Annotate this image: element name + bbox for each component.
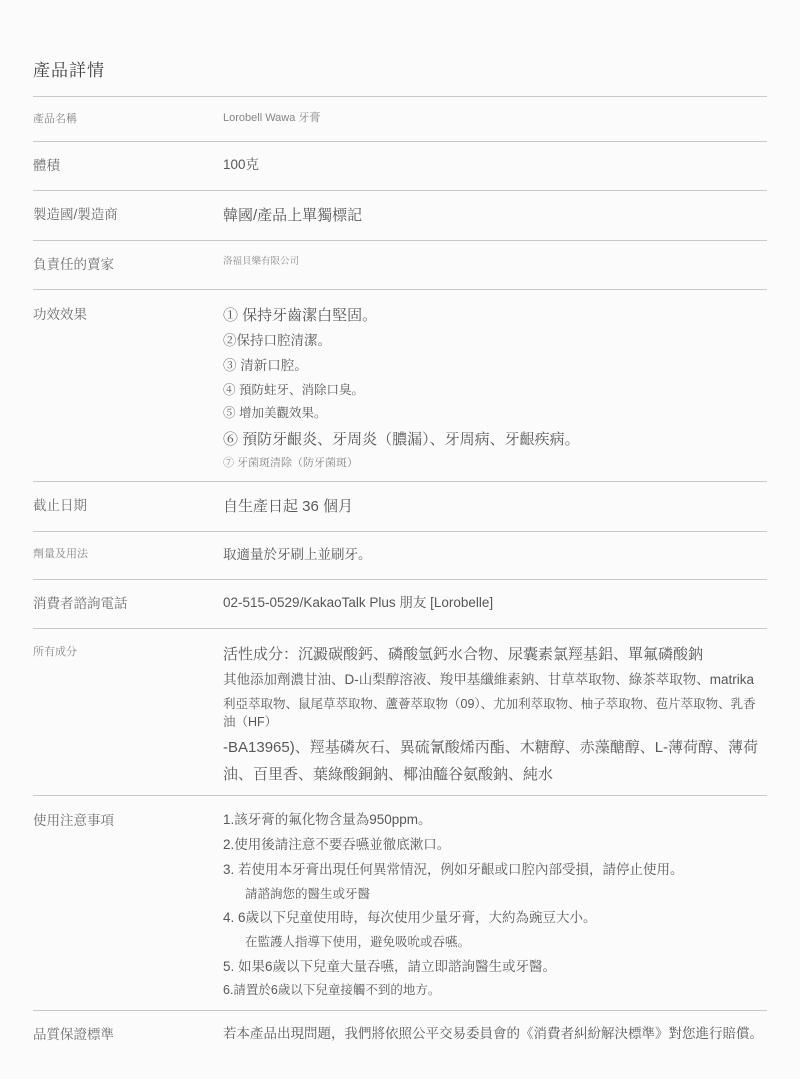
- product-details-table: 產品名稱Lorobell Wawa 牙膏體積100克製造國/製造商韓國/產品上單…: [33, 96, 767, 1059]
- detail-row: 製造國/製造商韓國/產品上單獨標記: [33, 191, 767, 241]
- product-details-page: 產品詳情 產品名稱Lorobell Wawa 牙膏體積100克製造國/製造商韓國…: [0, 0, 800, 1079]
- value-line: 6.請置於6歲以下兒童接觸不到的地方。: [223, 982, 767, 1000]
- row-label: 品質保證標準: [33, 1025, 223, 1045]
- row-value: ① 保持牙齒潔白堅固。②保持口腔清潔。③ 清新口腔。④ 預防蛀牙、消除口臭。⑤ …: [223, 305, 767, 471]
- value-line: 3. 若使用本牙膏出現任何異常情況，例如牙齦或口腔內部受損，請停止使用。: [223, 861, 767, 880]
- value-line: 油、百里香、葉綠酸銅鈉、椰油醯谷氨酸鈉、純水: [223, 764, 767, 785]
- value-line: -BA13965)、羥基磷灰石、異硫氰酸烯丙酯、木糖醇、赤藻醣醇、L-薄荷醇、薄…: [223, 737, 767, 758]
- value-text: 韓國/產品上單獨標記: [223, 205, 767, 226]
- value-text: 02-515-0529/KakaoTalk Plus 朋友 [Lorobelle…: [223, 594, 767, 613]
- row-value: 02-515-0529/KakaoTalk Plus 朋友 [Lorobelle…: [223, 594, 767, 613]
- row-label: 製造國/製造商: [33, 205, 223, 225]
- value-line: 5. 如果6歲以下兒童大量吞嚥，請立即諮詢醫生或牙醫。: [223, 958, 767, 977]
- row-value: 100克: [223, 156, 767, 175]
- value-line: 其他添加劑濃甘油、D-山梨醇溶液、羧甲基纖維素鈉、甘草萃取物、綠茶萃取物、mat…: [223, 671, 767, 690]
- detail-row: 體積100克: [33, 142, 767, 191]
- value-line: 在監護人指導下使用，避免吸吮或吞嚥。: [223, 934, 767, 952]
- value-line: 活性成分：沉澱碳酸鈣、磷酸氫鈣水合物、尿囊素氯羥基鋁、單氟磷酸鈉: [223, 644, 767, 665]
- detail-row: 消費者諮詢電話02-515-0529/KakaoTalk Plus 朋友 [Lo…: [33, 580, 767, 629]
- row-value: 韓國/產品上單獨標記: [223, 205, 767, 226]
- value-line: ⑥ 預防牙齦炎、牙周炎（膿漏）、牙周病、牙齦疾病。: [223, 429, 767, 450]
- value-text: 若本產品出現問題，我們將依照公平交易委員會的《消費者糾紛解決標準》對您進行賠償。: [223, 1025, 767, 1044]
- row-value: 洛福貝樂有限公司: [223, 255, 767, 268]
- row-value: 取適量於牙刷上並刷牙。: [223, 546, 767, 565]
- value-line: ④ 預防蛀牙、消除口臭。: [223, 382, 767, 400]
- detail-row: 品質保證標準若本產品出現問題，我們將依照公平交易委員會的《消費者糾紛解決標準》對…: [33, 1011, 767, 1059]
- value-line: 2.使用後請注意不要吞嚥並徹底漱口。: [223, 836, 767, 855]
- row-label: 截止日期: [33, 496, 223, 516]
- row-label: 產品名稱: [33, 111, 223, 127]
- detail-row: 截止日期自生產日起 36 個月: [33, 482, 767, 532]
- detail-row: 所有成分活性成分：沉澱碳酸鈣、磷酸氫鈣水合物、尿囊素氯羥基鋁、單氟磷酸鈉其他添加…: [33, 629, 767, 796]
- row-value: 活性成分：沉澱碳酸鈣、磷酸氫鈣水合物、尿囊素氯羥基鋁、單氟磷酸鈉其他添加劑濃甘油…: [223, 644, 767, 785]
- row-label: 劑量及用法: [33, 546, 223, 562]
- row-label: 所有成分: [33, 644, 223, 660]
- value-line: 1.該牙膏的氟化物含量為950ppm。: [223, 811, 767, 830]
- value-text: 100克: [223, 156, 767, 175]
- value-line: 請諮詢您的醫生或牙醫: [223, 886, 767, 904]
- value-text: Lorobell Wawa 牙膏: [223, 111, 767, 126]
- value-line: ②保持口腔清潔。: [223, 332, 767, 351]
- row-value: Lorobell Wawa 牙膏: [223, 111, 767, 126]
- value-text: 自生產日起 36 個月: [223, 496, 767, 517]
- detail-row: 使用注意事項1.該牙膏的氟化物含量為950ppm。2.使用後請注意不要吞嚥並徹底…: [33, 796, 767, 1011]
- value-line: 利亞萃取物、鼠尾草萃取物、蘆薈萃取物（09）、尤加利萃取物、柚子萃取物、苞片萃取…: [223, 696, 767, 731]
- row-label: 功效效果: [33, 305, 223, 325]
- value-line: ⑦ 牙菌斑清除（防牙菌斑）: [223, 456, 767, 471]
- row-label: 負責任的賣家: [33, 255, 223, 275]
- row-label: 消費者諮詢電話: [33, 594, 223, 614]
- value-text: 取適量於牙刷上並刷牙。: [223, 546, 767, 565]
- value-text: 洛福貝樂有限公司: [223, 255, 767, 268]
- row-value: 1.該牙膏的氟化物含量為950ppm。2.使用後請注意不要吞嚥並徹底漱口。3. …: [223, 811, 767, 1000]
- row-value: 若本產品出現問題，我們將依照公平交易委員會的《消費者糾紛解決標準》對您進行賠償。: [223, 1025, 767, 1044]
- detail-row: 產品名稱Lorobell Wawa 牙膏: [33, 97, 767, 142]
- row-label: 使用注意事項: [33, 811, 223, 831]
- value-line: 4. 6歲以下兒童使用時，每次使用少量牙膏，大約為豌豆大小。: [223, 909, 767, 928]
- value-line: ③ 清新口腔。: [223, 357, 767, 376]
- row-label: 體積: [33, 156, 223, 176]
- detail-row: 劑量及用法取適量於牙刷上並刷牙。: [33, 532, 767, 580]
- detail-row: 功效效果① 保持牙齒潔白堅固。②保持口腔清潔。③ 清新口腔。④ 預防蛀牙、消除口…: [33, 290, 767, 482]
- row-value: 自生產日起 36 個月: [223, 496, 767, 517]
- value-line: ⑤ 增加美觀效果。: [223, 405, 767, 423]
- page-title: 產品詳情: [33, 56, 767, 81]
- detail-row: 負責任的賣家洛福貝樂有限公司: [33, 241, 767, 290]
- value-line: ① 保持牙齒潔白堅固。: [223, 305, 767, 326]
